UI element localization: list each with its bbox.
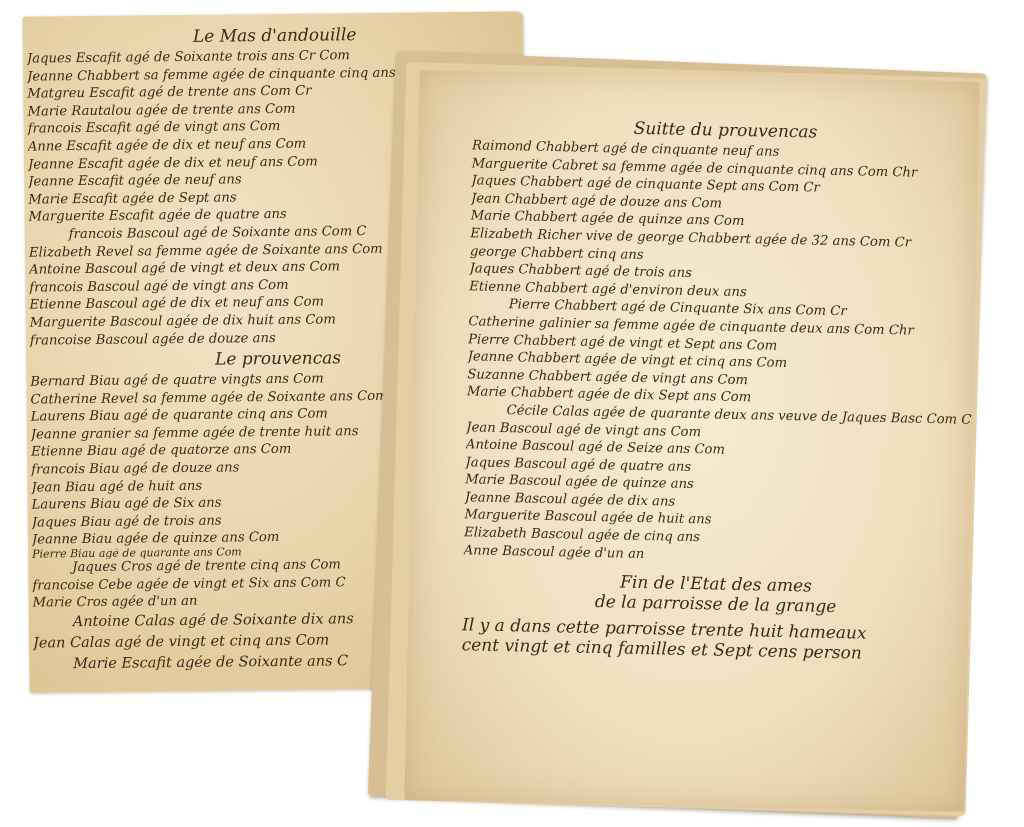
- right-page-content: Suitte du prouvencas Raimond Chabbert ag…: [407, 70, 979, 666]
- manuscript-page-right: Suitte du prouvencas Raimond Chabbert ag…: [404, 70, 979, 812]
- section-heading: Le Mas d'andouille: [27, 23, 523, 48]
